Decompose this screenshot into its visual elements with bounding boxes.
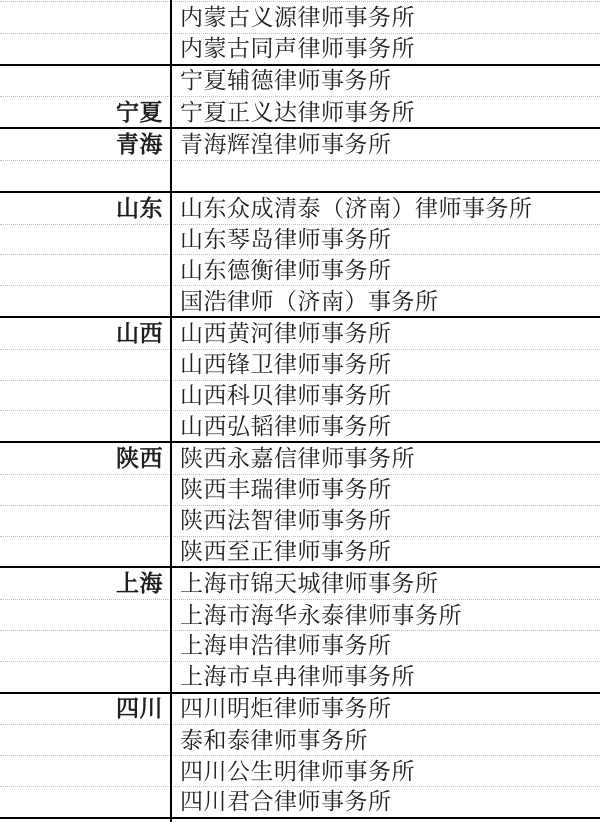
- firm-cell: [171, 161, 600, 191]
- province-cell: [0, 66, 171, 97]
- province-cell: 上海: [0, 568, 171, 599]
- table-row: 宁夏宁夏正义达律师事务所: [0, 96, 600, 127]
- province-group: 青海青海辉湟律师事务所: [0, 129, 600, 193]
- firm-cell: 四川君合律师事务所: [171, 787, 600, 817]
- law-firm-table: 内蒙古义源律师事务所内蒙古同声律师事务所宁夏辅德律师事务所宁夏宁夏正义达律师事务…: [0, 0, 600, 822]
- table-row: 上海上海市锦天城律师事务所: [0, 568, 600, 599]
- province-cell: 山西: [0, 318, 171, 349]
- province-cell: 青海: [0, 129, 171, 160]
- province-cell: [0, 506, 171, 536]
- table-row: 山西山西黄河律师事务所: [0, 318, 600, 349]
- firm-cell: 山西锋卫律师事务所: [171, 350, 600, 380]
- province-cell: 宁夏: [0, 97, 171, 127]
- table-row: 陕西陕西永嘉信律师事务所: [0, 443, 600, 474]
- table-row: 山西科贝律师事务所: [0, 380, 600, 411]
- firm-cell: 山西黄河律师事务所: [171, 318, 600, 349]
- firm-cell: 上海市卓冉律师事务所: [171, 662, 600, 692]
- firm-cell: 上海市锦天城律师事务所: [171, 568, 600, 599]
- table-row: 山东山东众成清泰（济南）律师事务所: [0, 193, 600, 224]
- table-row: 山东德衡律师事务所: [0, 254, 600, 285]
- table-row: 青海青海辉湟律师事务所: [0, 129, 600, 160]
- table-row: 四川四川明炬律师事务所: [0, 694, 600, 725]
- column-divider: [170, 0, 172, 822]
- province-cell: [0, 756, 171, 786]
- firm-cell: 陕西永嘉信律师事务所: [171, 443, 600, 474]
- firm-cell: 国浩律师（济南）事务所: [171, 286, 600, 316]
- table-row: 四川公生明律师事务所: [0, 755, 600, 786]
- table-body: 内蒙古义源律师事务所内蒙古同声律师事务所宁夏辅德律师事务所宁夏宁夏正义达律师事务…: [0, 2, 600, 819]
- firm-cell: 宁夏正义达律师事务所: [171, 97, 600, 127]
- province-group: 上海上海市锦天城律师事务所上海市海华永泰律师事务所上海申浩律师事务所上海市卓冉律…: [0, 568, 600, 693]
- table-row: 陕西丰瑞律师事务所: [0, 474, 600, 505]
- province-cell: [0, 286, 171, 316]
- firm-cell: 山东德衡律师事务所: [171, 255, 600, 285]
- province-cell: 山东: [0, 193, 171, 224]
- province-cell: [0, 350, 171, 380]
- province-group: 山东山东众成清泰（济南）律师事务所山东琴岛律师事务所山东德衡律师事务所国浩律师（…: [0, 193, 600, 318]
- province-cell: 四川: [0, 694, 171, 725]
- firm-cell: 四川公生明律师事务所: [171, 756, 600, 786]
- table-row: 山东琴岛律师事务所: [0, 224, 600, 255]
- firm-cell: 四川明炬律师事务所: [171, 694, 600, 725]
- province-cell: 陕西: [0, 443, 171, 474]
- firm-cell: 山西弘韬律师事务所: [171, 411, 600, 441]
- firm-cell: 青海辉湟律师事务所: [171, 129, 600, 160]
- province-cell: [0, 662, 171, 692]
- province-group: 宁夏辅德律师事务所宁夏宁夏正义达律师事务所: [0, 66, 600, 130]
- table-row: 陕西至正律师事务所: [0, 536, 600, 567]
- province-group: 内蒙古义源律师事务所内蒙古同声律师事务所: [0, 2, 600, 66]
- table-row: 宁夏辅德律师事务所: [0, 66, 600, 97]
- province-cell: [0, 725, 171, 755]
- firm-cell: 内蒙古同声律师事务所: [171, 34, 600, 64]
- table-row: 泰和泰律师事务所: [0, 724, 600, 755]
- table-row: 国浩律师（济南）事务所: [0, 285, 600, 316]
- province-cell: [0, 161, 171, 191]
- table-row: 山西弘韬律师事务所: [0, 410, 600, 441]
- province-cell: [0, 631, 171, 661]
- province-cell: [0, 381, 171, 411]
- province-cell: [0, 411, 171, 441]
- province-cell: [0, 787, 171, 817]
- province-cell: [0, 537, 171, 567]
- firm-cell: 山东众成清泰（济南）律师事务所: [171, 193, 600, 224]
- firm-cell: 上海市海华永泰律师事务所: [171, 600, 600, 630]
- table-row: 四川君合律师事务所: [0, 786, 600, 817]
- firm-cell: 山西科贝律师事务所: [171, 381, 600, 411]
- firm-cell: 陕西法智律师事务所: [171, 506, 600, 536]
- table-row: 内蒙古同声律师事务所: [0, 33, 600, 64]
- table-row: 上海市卓冉律师事务所: [0, 661, 600, 692]
- province-group: 山西山西黄河律师事务所山西锋卫律师事务所山西科贝律师事务所山西弘韬律师事务所: [0, 318, 600, 443]
- table-row: 陕西法智律师事务所: [0, 505, 600, 536]
- province-cell: [0, 255, 171, 285]
- province-group: 四川四川明炬律师事务所泰和泰律师事务所四川公生明律师事务所四川君合律师事务所: [0, 694, 600, 819]
- province-cell: [0, 475, 171, 505]
- firm-cell: 泰和泰律师事务所: [171, 725, 600, 755]
- firm-cell: 内蒙古义源律师事务所: [171, 2, 600, 33]
- firm-cell: 陕西至正律师事务所: [171, 537, 600, 567]
- table-row: 山西锋卫律师事务所: [0, 349, 600, 380]
- province-group: 陕西陕西永嘉信律师事务所陕西丰瑞律师事务所陕西法智律师事务所陕西至正律师事务所: [0, 443, 600, 568]
- table-row: 内蒙古义源律师事务所: [0, 2, 600, 33]
- province-cell: [0, 2, 171, 33]
- firm-cell: 宁夏辅德律师事务所: [171, 66, 600, 97]
- table-row: 上海市海华永泰律师事务所: [0, 599, 600, 630]
- table-row: 上海申浩律师事务所: [0, 630, 600, 661]
- table-row: [0, 160, 600, 191]
- province-cell: [0, 225, 171, 255]
- firm-cell: 上海申浩律师事务所: [171, 631, 600, 661]
- firm-cell: 陕西丰瑞律师事务所: [171, 475, 600, 505]
- firm-cell: 山东琴岛律师事务所: [171, 225, 600, 255]
- province-cell: [0, 600, 171, 630]
- province-cell: [0, 34, 171, 64]
